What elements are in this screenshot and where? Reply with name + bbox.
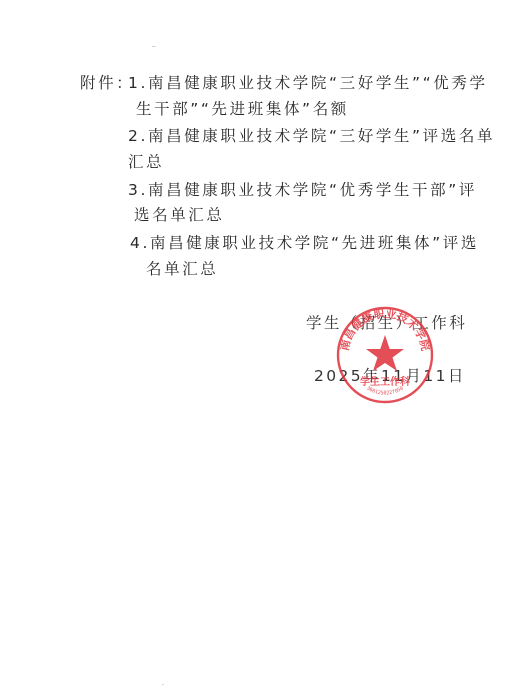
- attachment-1-line-2: 生干部”“先进班集体”名额: [136, 99, 349, 119]
- attachment-2-line-2: 汇总: [128, 152, 164, 172]
- attachments-label: 附件：: [80, 73, 134, 93]
- attachment-4-line-2: 名单汇总: [146, 259, 218, 279]
- stamp-center-text: 学生工作科: [360, 375, 411, 388]
- scan-speck-bottom: ·: [162, 682, 164, 687]
- document-page: ·· 附件： 1.南昌健康职业技术学院“三好学生”“优秀学 生干部”“先进班集体…: [0, 0, 510, 687]
- attachment-3-line-2: 选名单汇总: [134, 205, 225, 225]
- attachment-3-line-1: 3.南昌健康职业技术学院“优秀学生干部”评: [128, 180, 477, 200]
- attachment-4-line-1: 4.南昌健康职业技术学院“先进班集体”评选: [130, 233, 479, 253]
- scan-speck: ··: [152, 44, 156, 51]
- official-seal-icon: 南昌健康职业技术学院 学生工作科 3601250227050: [335, 305, 435, 405]
- attachment-1-line-1: 1.南昌健康职业技术学院“三好学生”“优秀学: [128, 73, 488, 93]
- attachment-2-line-1: 2.南昌健康职业技术学院“三好学生”评选名单: [128, 126, 495, 146]
